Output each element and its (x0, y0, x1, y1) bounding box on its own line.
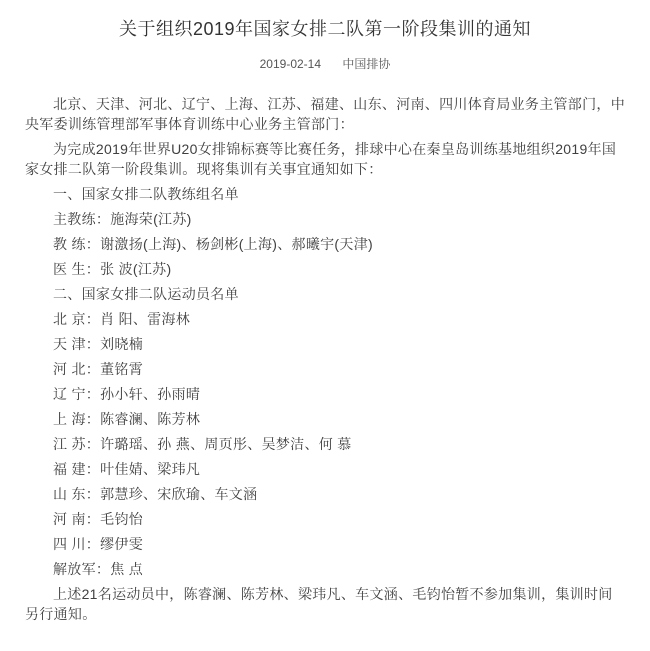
notice-page: 关于组织2019年国家女排二队第一阶段集训的通知 2019-02-14 中国排协… (0, 0, 650, 651)
section-heading-coaches: 一、国家女排二队教练组名单 (25, 184, 625, 204)
line-players-jiangsu: 江 苏：许璐瑶、孙 燕、周页彤、吴梦洁、何 慕 (25, 434, 625, 454)
line-players-shandong: 山 东：郭慧珍、宋欣瑜、车文涵 (25, 484, 625, 504)
line-doctor: 医 生：张 波(江苏) (25, 259, 625, 279)
line-players-hebei: 河 北：董铭霄 (25, 359, 625, 379)
publish-source: 中国排协 (342, 57, 390, 71)
line-players-shanghai: 上 海：陈睿澜、陈芳林 (25, 409, 625, 429)
line-players-sichuan: 四 川：缪伊雯 (25, 534, 625, 554)
line-players-pla: 解放军：焦 点 (25, 559, 625, 579)
line-players-fujian: 福 建：叶佳婧、梁玮凡 (25, 459, 625, 479)
line-players-henan: 河 南：毛钧怡 (25, 509, 625, 529)
paragraph-purpose: 为完成2019年世界U20女排锦标赛等比赛任务，排球中心在秦皇岛训练基地组织20… (25, 139, 625, 179)
line-players-liaoning: 辽 宁：孙小轩、孙雨晴 (25, 384, 625, 404)
line-players-beijing: 北 京：肖 阳、雷海林 (25, 309, 625, 329)
paragraph-closing-note: 上述21名运动员中，陈睿澜、陈芳林、梁玮凡、车文涵、毛钧怡暂不参加集训，集训时间… (25, 584, 625, 624)
section-heading-players: 二、国家女排二队运动员名单 (25, 284, 625, 304)
line-players-tianjin: 天 津：刘晓楠 (25, 334, 625, 354)
article-meta: 2019-02-14 中国排协 (25, 56, 625, 72)
article-body: 北京、天津、河北、辽宁、上海、江苏、福建、山东、河南、四川体育局业务主管部门，中… (25, 94, 625, 624)
line-coaches: 教 练：谢激扬(上海)、杨剑彬(上海)、郝曦宇(天津) (25, 234, 625, 254)
page-title: 关于组织2019年国家女排二队第一阶段集训的通知 (25, 16, 625, 42)
line-head-coach: 主教练：施海荣(江苏) (25, 209, 625, 229)
paragraph-recipients: 北京、天津、河北、辽宁、上海、江苏、福建、山东、河南、四川体育局业务主管部门，中… (25, 94, 625, 134)
publish-date: 2019-02-14 (260, 57, 321, 71)
